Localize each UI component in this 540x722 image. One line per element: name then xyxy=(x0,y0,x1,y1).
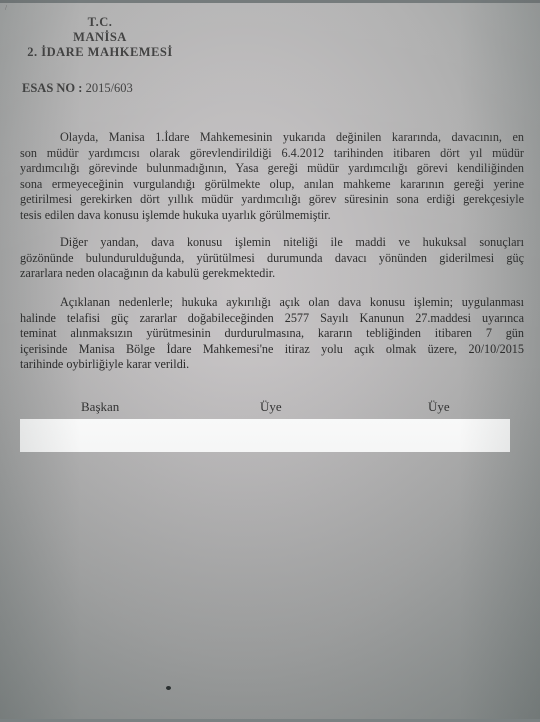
dust-speck xyxy=(166,686,171,690)
paragraph-line: Diğer yandan, dava konusu işlemin niteli… xyxy=(20,235,524,251)
paragraph-line: Açıklanan nedenlerle; hukuka aykırılığı … xyxy=(20,295,524,311)
redaction-box xyxy=(20,419,510,452)
header-city: MANİSA xyxy=(0,30,200,45)
header-court-name: 2. İDARE MAHKEMESİ xyxy=(0,45,200,60)
paragraph-line: teminat alınmaksızın yürütmesinin durdur… xyxy=(20,326,524,342)
paragraph-line: içerisinde Manisa Bölge İdare Mahkemesi'… xyxy=(20,342,524,358)
paragraph-line: halinde telafisi güç zararlar doğabilece… xyxy=(20,311,524,327)
paragraph-line: tesis edilen dava konusu işlemde hukuka … xyxy=(20,208,524,224)
paragraph-line: getirilmesi gerekirken dört yıllık müdür… xyxy=(20,192,524,208)
signature-chair: Başkan xyxy=(81,399,119,415)
case-number: ESAS NO : 2015/603 xyxy=(22,81,133,96)
photo-top-edge xyxy=(0,0,540,3)
paragraph-line: sona ermeyeceğinin vurgulandığı görülmek… xyxy=(20,177,524,193)
paragraph-line: tarihinde oybirliğiyle karar verildi. xyxy=(20,357,524,373)
signature-member-1: Üye xyxy=(260,399,282,415)
paragraph-line: Olayda, Manisa 1.İdare Mahkemesinin yuka… xyxy=(20,130,524,146)
paragraph-line: yardımcılığı görevinde bulunmadığının, Y… xyxy=(20,161,524,177)
paragraph-1: Olayda, Manisa 1.İdare Mahkemesinin yuka… xyxy=(20,130,524,223)
case-number-value: 2015/603 xyxy=(86,81,133,95)
header-tc: T.C. xyxy=(0,15,200,30)
paragraph-line: gözönünde bulundurulduğunda, yürütülmesi… xyxy=(20,251,524,267)
paragraph-2: Diğer yandan, dava konusu işlemin niteli… xyxy=(20,235,524,282)
signature-member-2: Üye xyxy=(428,399,450,415)
court-header: T.C. MANİSA 2. İDARE MAHKEMESİ xyxy=(0,15,200,60)
page-corner-mark: / xyxy=(5,4,7,12)
paragraph-line: zararlara neden olacağının da kabulü ger… xyxy=(20,266,524,282)
paragraph-3: Açıklanan nedenlerle; hukuka aykırılığı … xyxy=(20,295,524,373)
paragraph-line: son müdür yardımcısı olarak görevlendiri… xyxy=(20,146,524,162)
case-number-label: ESAS NO : xyxy=(22,81,82,95)
